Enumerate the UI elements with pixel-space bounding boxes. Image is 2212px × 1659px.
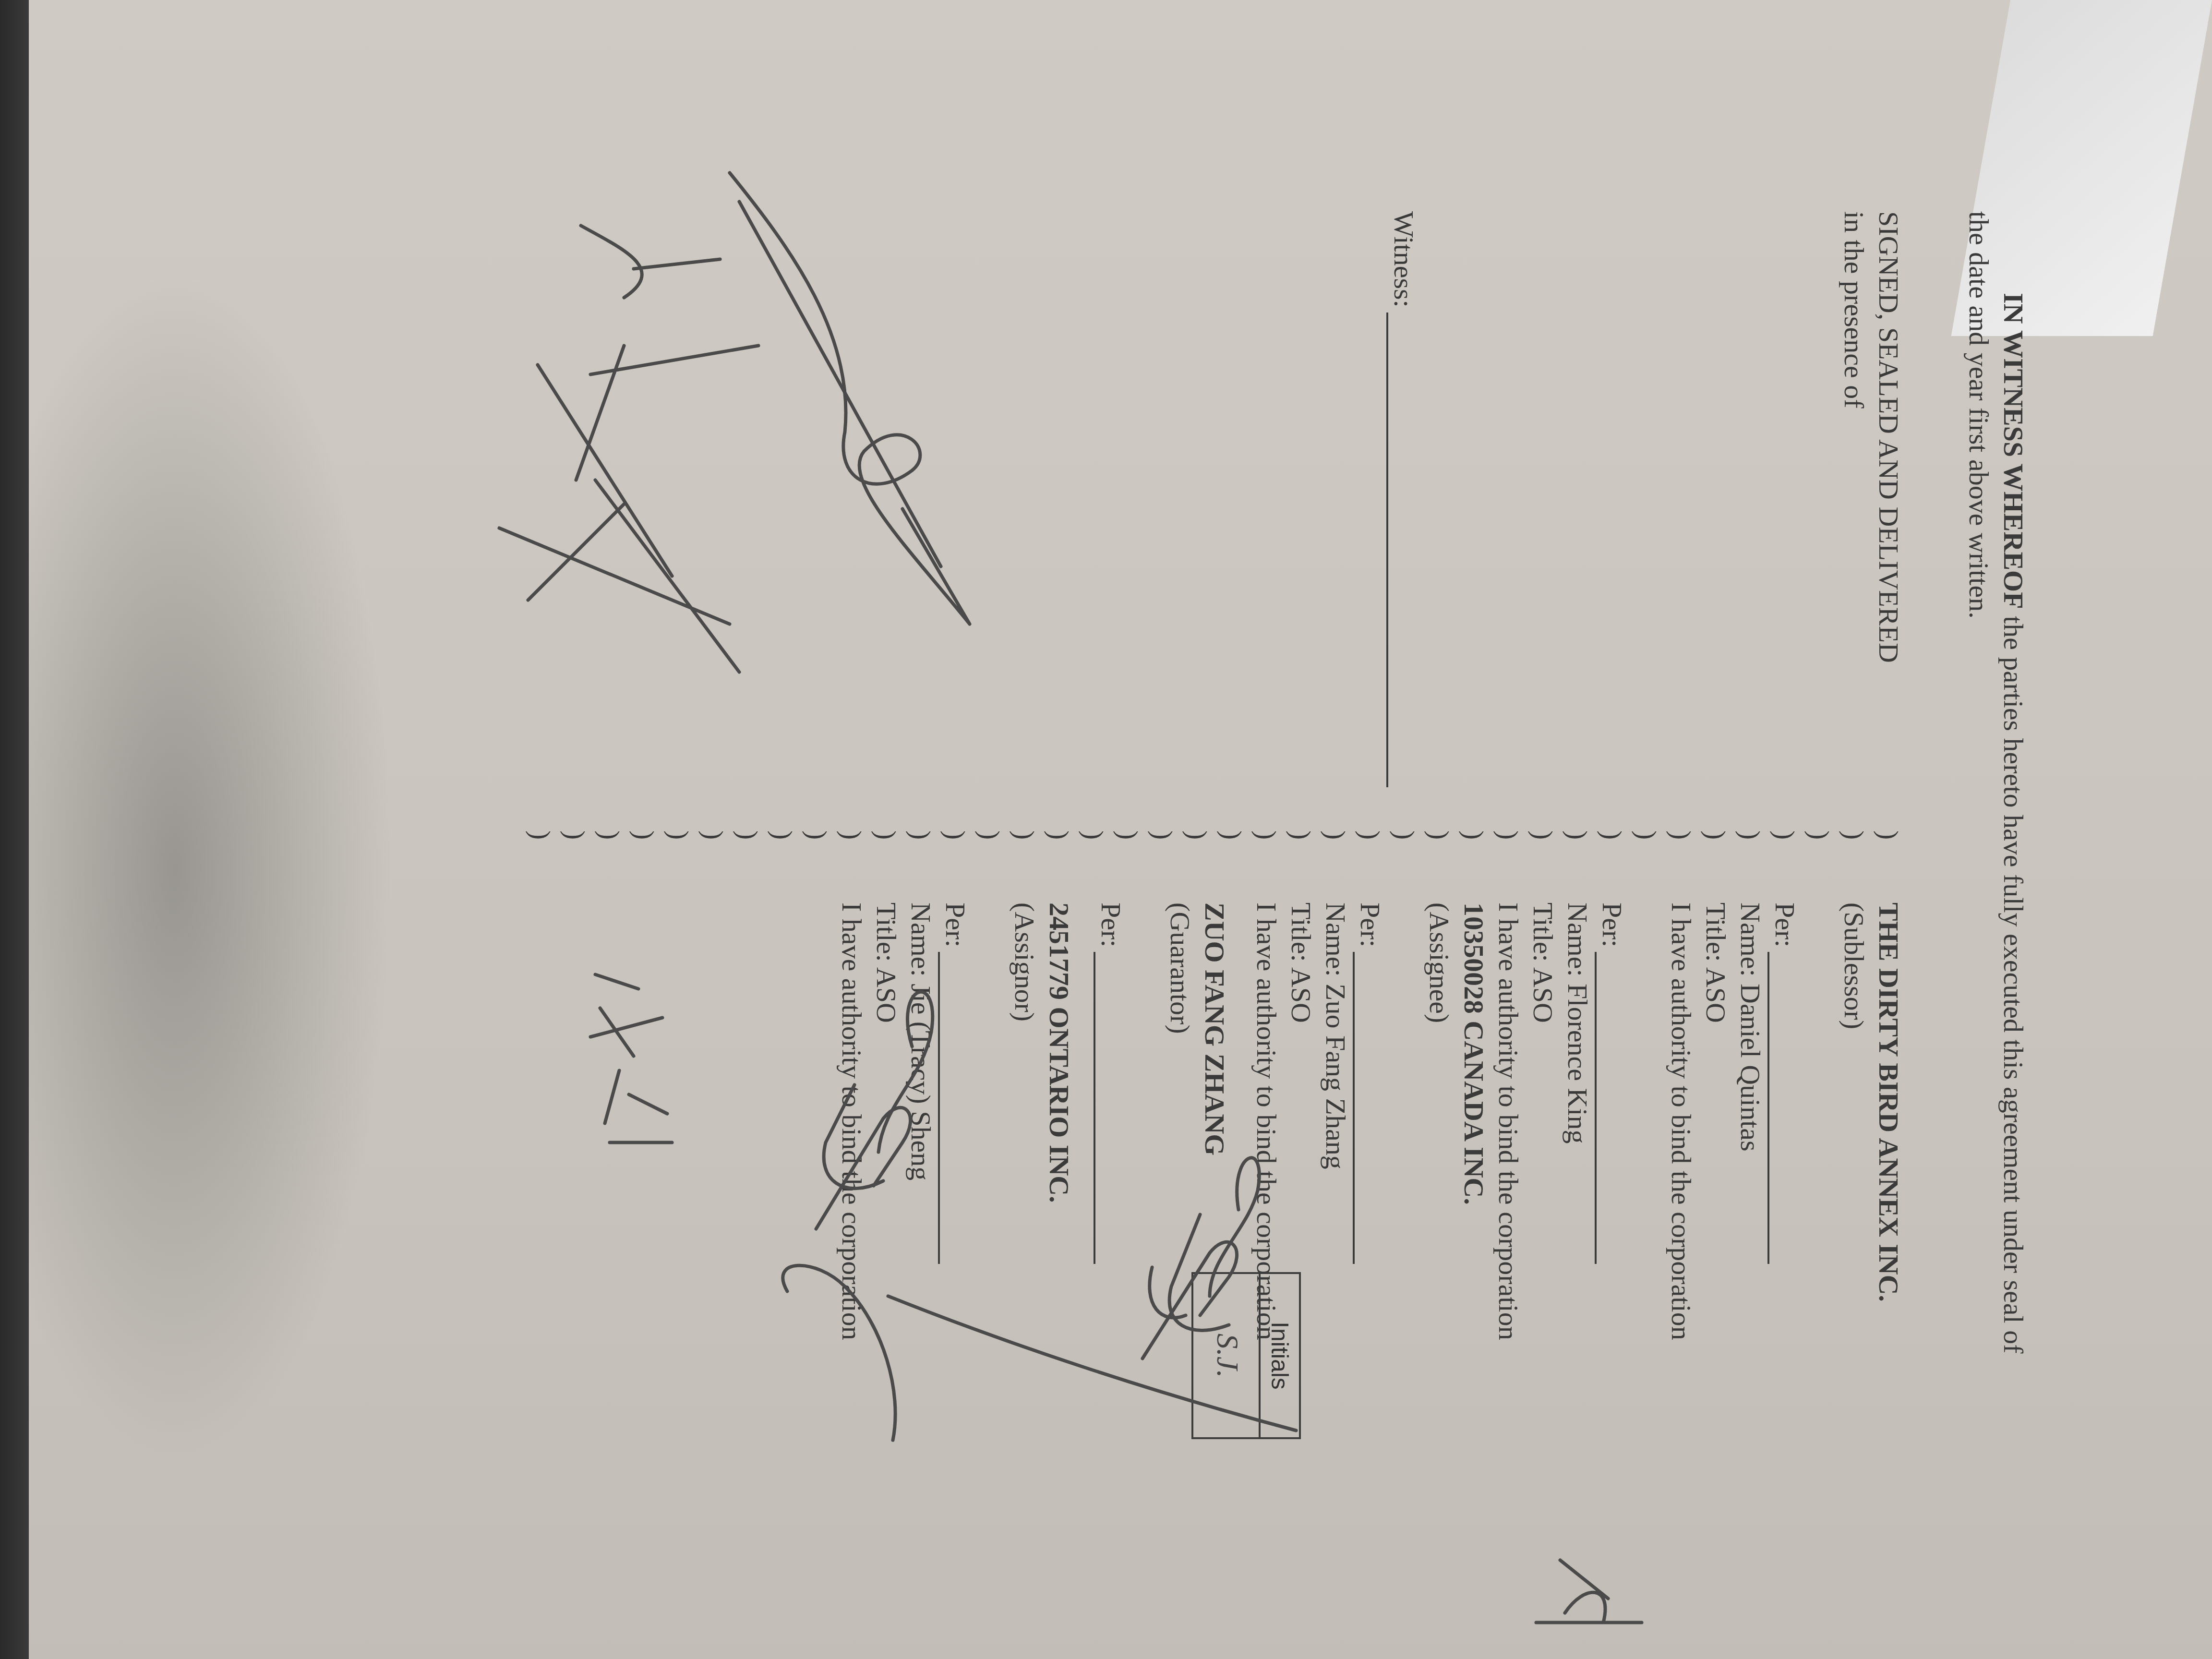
bracket-mark: ) (592, 830, 627, 859)
party-sublessor-second-signer: Per: Name: Florence King Title: ASO I ha… (1491, 902, 1629, 1575)
bracket-mark: ) (1456, 830, 1491, 859)
bracket-mark: ) (1560, 830, 1595, 859)
bracket-column: )))))))))))))))))))))))))))))))))))))))) (523, 830, 1906, 859)
authority-statement: I have authority to bind the corporation (1249, 902, 1284, 1575)
bracket-mark: ) (1318, 830, 1353, 859)
witness-label: Witness: (1386, 211, 1421, 308)
signature-field[interactable]: Per: (1353, 902, 1387, 1575)
party-name: 10350028 CANADA INC. (1456, 902, 1491, 1575)
preamble-line1: the parties hereto have fully executed t… (1998, 609, 2029, 1354)
signer-name: Name: Jie (Tracy) Sheng (903, 902, 938, 1575)
preamble-bold: IN WITNESS WHEREOF (1998, 293, 2029, 609)
party-name: THE DIRTY BIRD ANNEX INC. (1871, 902, 1906, 1575)
bracket-mark: ) (1180, 830, 1214, 859)
party-assignee: 10350028 CANADA INC. (Assignee) Per: Nam… (1249, 902, 1491, 1575)
bracket-mark: ) (1353, 830, 1387, 859)
bracket-mark: ) (973, 830, 1007, 859)
per-label: Per: (1353, 902, 1387, 947)
bracket-mark: ) (1387, 830, 1422, 859)
bracket-mark: ) (834, 830, 869, 859)
party-name: ZUO FANG ZHANG (1197, 902, 1232, 1575)
bracket-mark: ) (1664, 830, 1698, 859)
party-role: (Assignor) (1007, 902, 1042, 1575)
bracket-mark: ) (800, 830, 834, 859)
bracket-mark: ) (1076, 830, 1111, 859)
witness-signature-line[interactable] (1386, 313, 1415, 787)
initials-box[interactable]: Initials S.J. (1195, 1272, 1301, 1435)
witness-line[interactable]: Witness: (1386, 211, 1421, 787)
bracket-mark: ) (1629, 830, 1664, 859)
signature-line[interactable] (1767, 952, 1796, 1264)
bracket-mark: ) (765, 830, 800, 859)
authority-statement: I have authority to bind the corporation (1491, 902, 1526, 1575)
party-role: (Sublessor) (1837, 902, 1871, 1575)
bracket-mark: ) (1422, 830, 1456, 859)
camera-shadow (29, 269, 394, 1469)
bracket-mark: ) (1007, 830, 1042, 859)
bracket-mark: ) (1491, 830, 1526, 859)
signer-title: Title: ASO (1526, 902, 1560, 1575)
signed-sealed-label: SIGNED, SEALED AND DELIVERED (1871, 211, 1906, 787)
bracket-mark: ) (903, 830, 938, 859)
signature-line[interactable] (1353, 952, 1382, 1264)
signature-field[interactable]: Per: (1595, 902, 1629, 1575)
authority-statement: I have authority to bind the corporation (834, 902, 869, 1575)
bracket-mark: ) (627, 830, 661, 859)
right-column: THE DIRTY BIRD ANNEX INC. (Sublessor) Pe… (800, 902, 1906, 1575)
bracket-mark: ) (869, 830, 903, 859)
party-sublessor: THE DIRTY BIRD ANNEX INC. (Sublessor) Pe… (1664, 902, 1906, 1575)
bracket-mark: ) (1733, 830, 1767, 859)
bracket-mark: ) (558, 830, 592, 859)
bracket-mark: ) (1837, 830, 1871, 859)
signature-line[interactable] (1094, 952, 1122, 1264)
per-label: Per: (1595, 902, 1629, 947)
signer-title: Title: ASO (1284, 902, 1318, 1575)
bracket-mark: ) (731, 830, 765, 859)
signer-title: Title: ASO (1698, 902, 1733, 1575)
bracket-mark: ) (1871, 830, 1906, 859)
initials-value: S.J. (1196, 1274, 1259, 1437)
signature-line[interactable] (938, 952, 967, 1264)
signature-line[interactable] (1595, 952, 1623, 1264)
preamble-line2: the date and year first above written. (1961, 211, 1996, 1603)
party-name: 2451779 ONTARIO INC. (1042, 902, 1076, 1575)
presence-label: in the presence of (1837, 211, 1871, 787)
bracket-mark: ) (661, 830, 696, 859)
signer-title: Title: ASO (869, 902, 903, 1575)
bracket-mark: ) (696, 830, 731, 859)
signer-name: Name: Zuo Fang Zhang (1318, 902, 1353, 1575)
preamble: IN WITNESS WHEREOF the parties hereto ha… (1961, 211, 2031, 1603)
bracket-mark: ) (1767, 830, 1802, 859)
bracket-mark: ) (1595, 830, 1629, 859)
per-label: Per: (1094, 902, 1128, 947)
bracket-mark: ) (1698, 830, 1733, 859)
initials-header: Initials (1259, 1274, 1299, 1437)
bracket-mark: ) (1526, 830, 1560, 859)
party-guarantor: ZUO FANG ZHANG (Guarantor) Per: (1094, 902, 1232, 1575)
signer-name: Name: Daniel Quintas (1733, 902, 1767, 1575)
party-role: (Assignee) (1422, 902, 1456, 1575)
signature-field[interactable]: Per: (1094, 902, 1128, 1575)
per-label: Per: (938, 902, 973, 947)
bracket-mark: ) (938, 830, 973, 859)
per-label: Per: (1767, 902, 1802, 947)
signer-name: Name: Florence King (1560, 902, 1595, 1575)
party-role: (Guarantor) (1163, 902, 1197, 1575)
bracket-mark: ) (1802, 830, 1837, 859)
bracket-mark: ) (1111, 830, 1145, 859)
authority-statement: I have authority to bind the corporation (1664, 902, 1698, 1575)
bracket-mark: ) (1249, 830, 1284, 859)
bracket-mark: ) (1145, 830, 1180, 859)
signature-field[interactable]: Per: (938, 902, 973, 1575)
party-assignor: 2451779 ONTARIO INC. (Assignor) Per: Nam… (834, 902, 1076, 1575)
bracket-mark: ) (1214, 830, 1249, 859)
left-column: SIGNED, SEALED AND DELIVERED in the pres… (1837, 211, 1906, 787)
bracket-mark: ) (523, 830, 558, 859)
bracket-mark: ) (1284, 830, 1318, 859)
bracket-mark: ) (1042, 830, 1076, 859)
signature-field[interactable]: Per: (1767, 902, 1802, 1575)
